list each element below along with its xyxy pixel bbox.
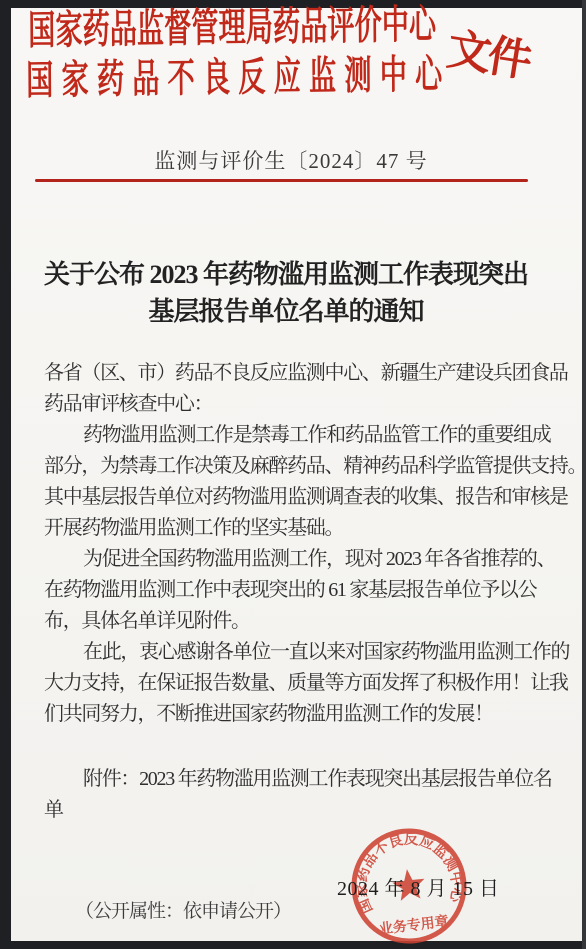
document-text-line: 们共同努力，不断推进国家药物滥用监测工作的发展！ (44, 699, 580, 730)
document-body: 各省（区、市）药品不良反应监测中心、新疆生产建设兵团食品药品审评核查中心：药物滥… (44, 358, 580, 730)
disclosure-note: （公开属性：依申请公开） (75, 896, 291, 923)
document-text-line: 药物滥用监测工作是禁毒工作和药品监管工作的重要组成 (44, 420, 580, 451)
document-title-line2: 基层报告单位名单的通知 (21, 293, 551, 330)
document-page: 国家药品监督管理局药品评价中心 国家药品不良反应监测中心 文件 监测与评价生〔2… (11, 8, 582, 941)
document-text-line: 布，具体名单详见附件。 (44, 606, 580, 637)
letterhead-org-line1: 国家药品监督管理局药品评价中心 (28, 4, 436, 52)
document-title: 关于公布 2023 年药物滥用监测工作表现突出 基层报告单位名单的通知 (21, 256, 551, 330)
letterhead-org-line2: 国家药品不良反应监测中心 (26, 53, 451, 102)
document-date: 2024 年 8 月 15 日 (337, 872, 500, 901)
attachment-note: 附件：2023 年药物滥用监测工作表现突出基层报告单位名单 (44, 764, 580, 826)
document-text-line: 大力支持，在保证报告数量、质量等方面发挥了积极作用！让我 (44, 668, 580, 699)
document-text-line: 附件：2023 年药物滥用监测工作表现突出基层报告单位名 (44, 764, 580, 795)
document-text-line: 其中基层报告单位对药物滥用监测调查表的收集、报告和审核是 (44, 482, 580, 513)
document-text-line: 部分，为禁毒工作决策及麻醉药品、精神药品科学监管提供支持。 (44, 451, 580, 482)
document-text-line: 各省（区、市）药品不良反应监测中心、新疆生产建设兵团食品 (44, 358, 580, 389)
letterhead-divider-rule (35, 179, 528, 182)
document-text-line: 在药物滥用监测工作中表现突出的 61 家基层报告单位予以公 (44, 575, 580, 606)
document-text-line: 在此，衷心感谢各单位一直以来对国家药物滥用监测工作的 (44, 637, 580, 668)
document-text-line: 开展药物滥用监测工作的坚实基础。 (44, 513, 580, 544)
document-title-line1: 关于公布 2023 年药物滥用监测工作表现突出 (21, 256, 551, 293)
document-text-line: 药品审评核查中心： (44, 389, 580, 420)
document-text-line: 单 (44, 795, 580, 826)
document-text-line: 为促进全国药物滥用监测工作，现对 2023 年各省推荐的、 (44, 544, 580, 575)
photographed-document: 国家药品监督管理局药品评价中心 国家药品不良反应监测中心 文件 监测与评价生〔2… (0, 0, 586, 949)
document-number: 监测与评价生〔2024〕47 号 (11, 145, 571, 175)
letterhead-doc-type: 文件 (444, 28, 532, 84)
